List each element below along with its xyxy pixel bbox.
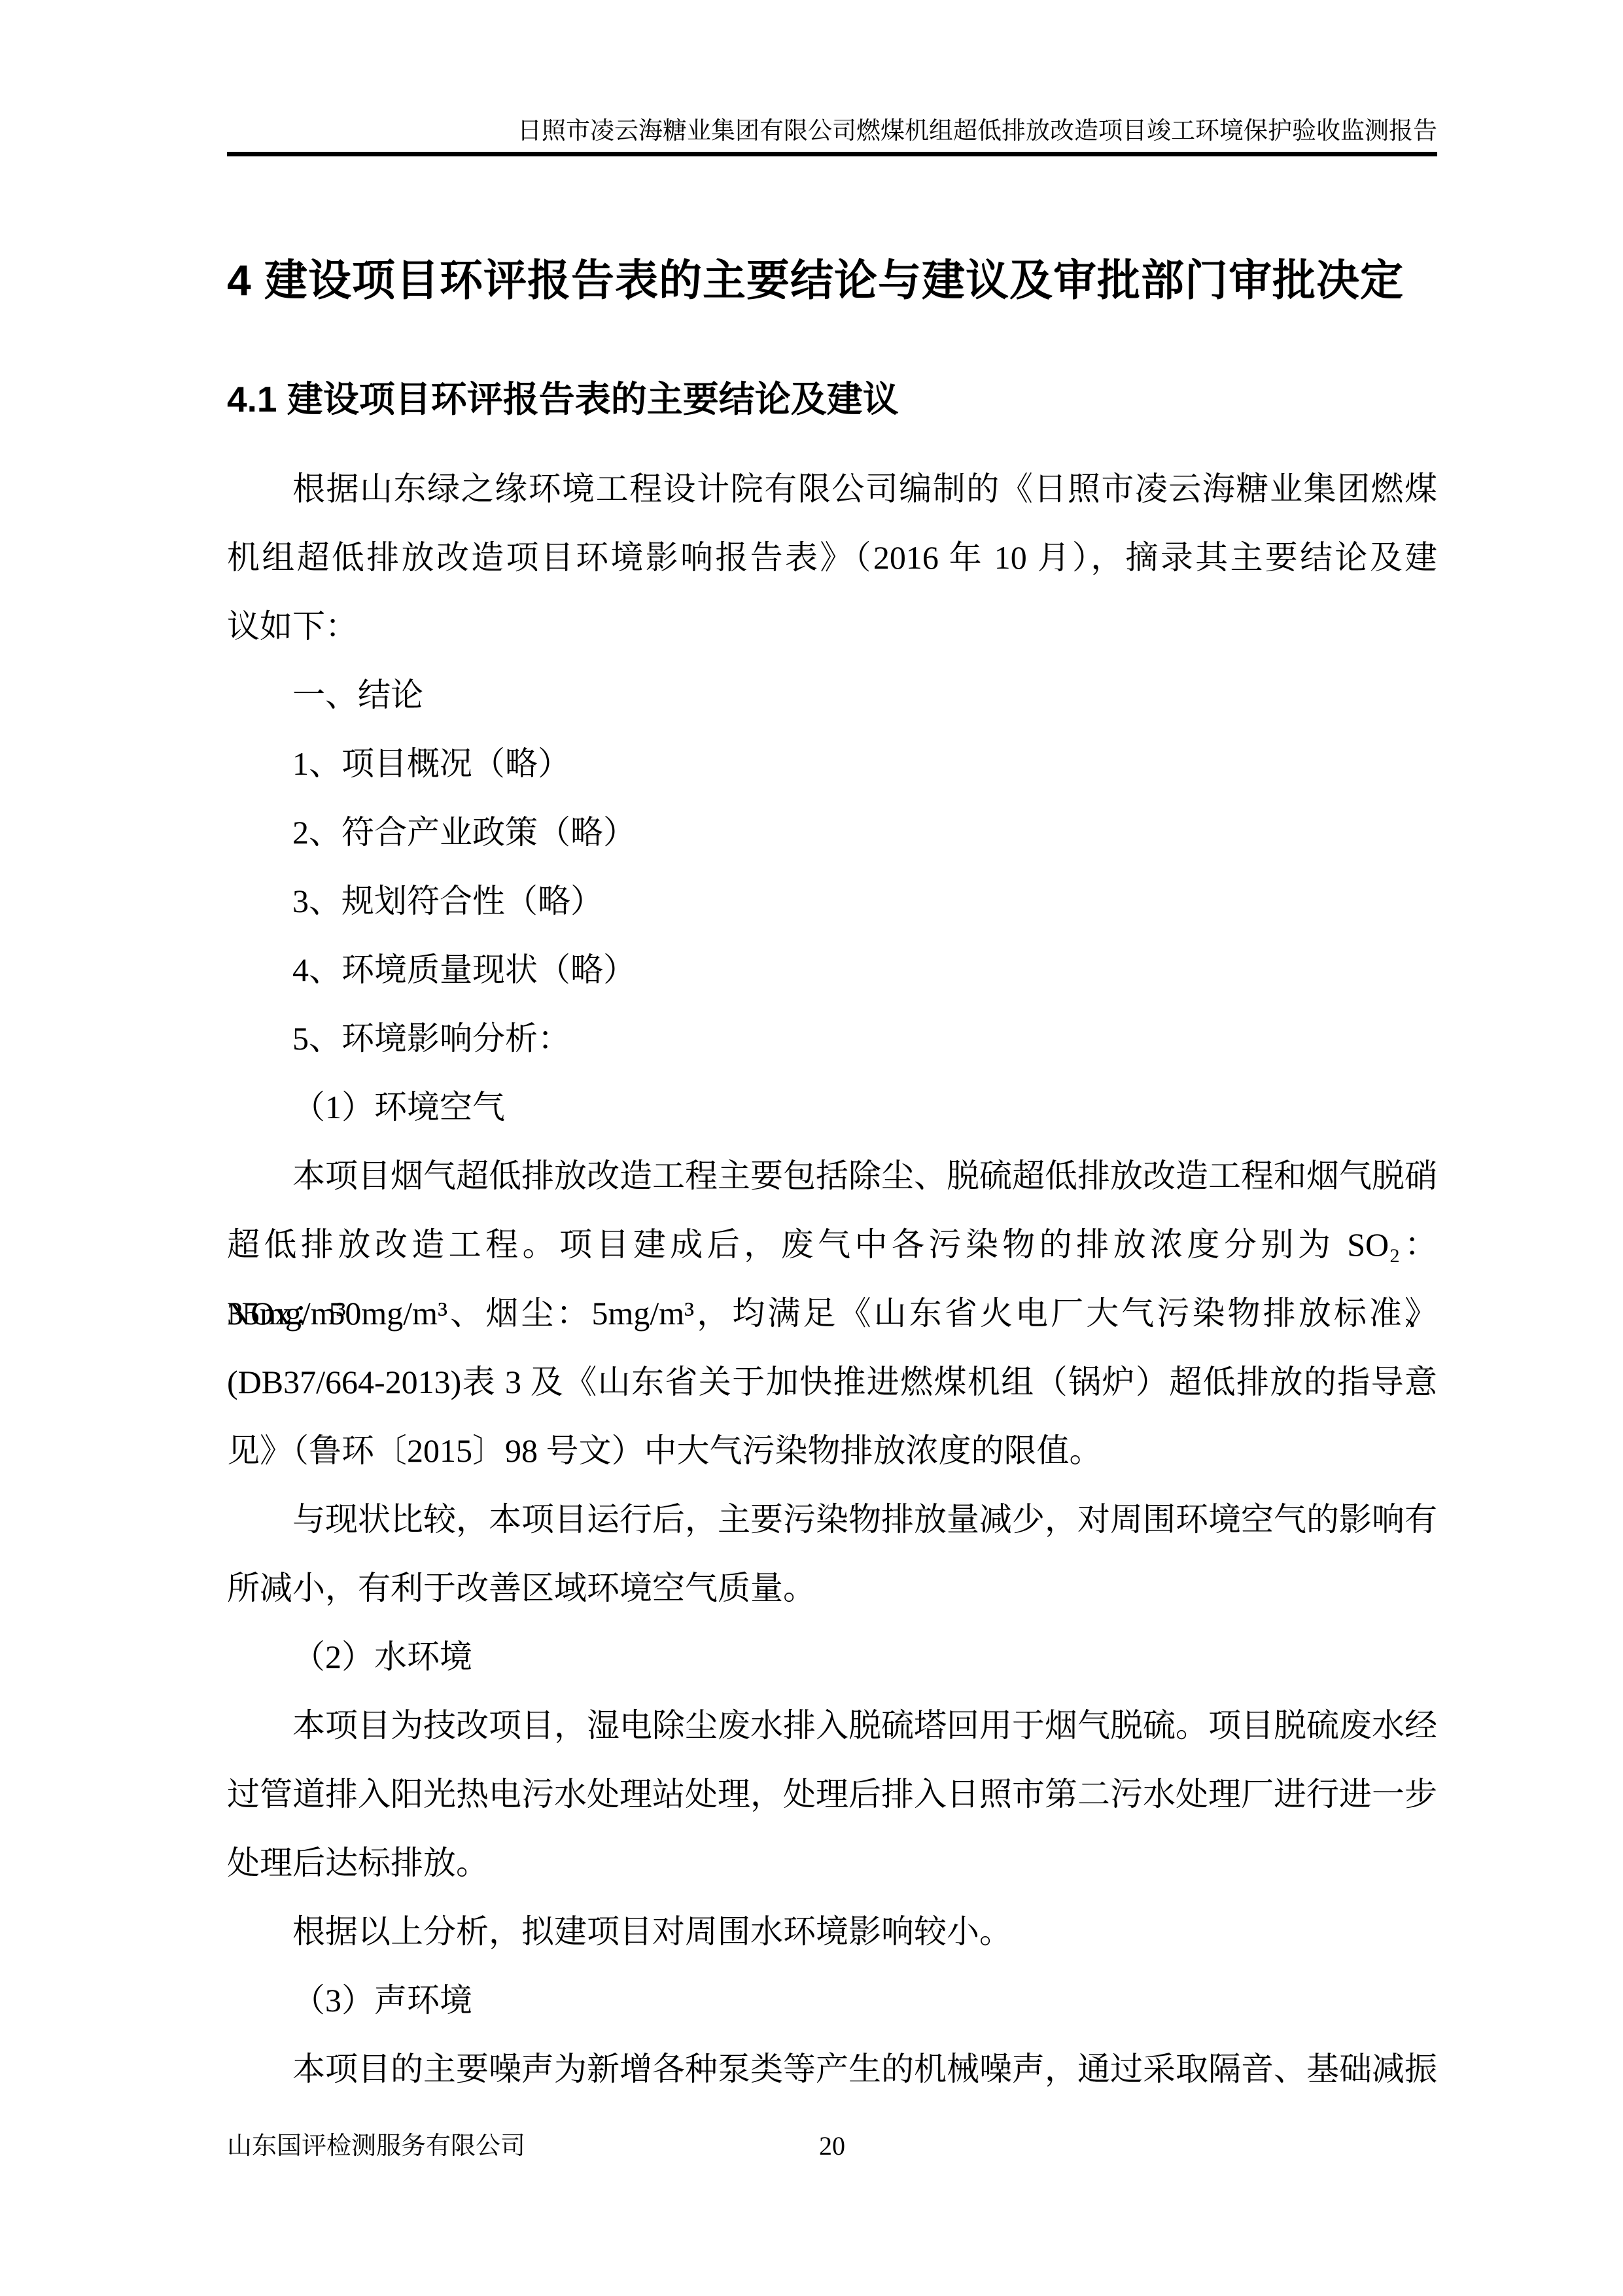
body-line: 2、符合产业政策（略） bbox=[227, 798, 1437, 867]
body-line: 4、环境质量现状（略） bbox=[227, 936, 1437, 1004]
body-line: 处理后达标排放。 bbox=[227, 1829, 1437, 1898]
body-line: (DB37/664-2013)表 3 及《山东省关于加快推进燃煤机组（锅炉）超低… bbox=[227, 1348, 1437, 1417]
body-line: （3）声环境 bbox=[227, 1966, 1437, 2035]
page-header-running-title: 日照市凌云海糖业集团有限公司燃煤机组超低排放改造项目竣工环境保护验收监测报告 bbox=[227, 113, 1437, 150]
body-line: 根据山东绿之缘环境工程设计院有限公司编制的《日照市凌云海糖业集团燃煤 bbox=[227, 455, 1437, 523]
body-line: 见》（鲁环〔2015〕98 号文）中大气污染物排放浓度的限值。 bbox=[227, 1417, 1437, 1485]
body-line: 本项目的主要噪声为新增各种泵类等产生的机械噪声，通过采取隔音、基础减振 bbox=[227, 2035, 1437, 2104]
body-line: 本项目烟气超低排放改造工程主要包括除尘、脱硫超低排放改造工程和烟气脱硝 bbox=[227, 1142, 1437, 1210]
body-line: 本项目为技改项目，湿电除尘废水排入脱硫塔回用于烟气脱硫。项目脱硫废水经 bbox=[227, 1691, 1437, 1760]
body-line: NOx：50mg/m³、烟尘：5mg/m³，均满足《山东省火电厂大气污染物排放标… bbox=[227, 1279, 1437, 1348]
body-line: 5、环境影响分析： bbox=[227, 1004, 1437, 1073]
body-line: 3、规划符合性（略） bbox=[227, 867, 1437, 936]
body-line: 1、项目概况（略） bbox=[227, 730, 1437, 798]
section-heading: 4.1 建设项目环评报告表的主要结论及建议 bbox=[227, 370, 1437, 428]
body-line: 超低排放改造工程。项目建成后，废气中各污染物的排放浓度分别为 SO₂：35mg/… bbox=[227, 1210, 1437, 1279]
body-line: 议如下： bbox=[227, 592, 1437, 661]
chapter-title: 4 建设项目环评报告表的主要结论与建议及审批部门审批决定 bbox=[227, 247, 1437, 313]
body-line: 根据以上分析，拟建项目对周围水环境影响较小。 bbox=[227, 1898, 1437, 1966]
footer-page-number: 20 bbox=[227, 2128, 1437, 2164]
header-rule bbox=[227, 152, 1437, 156]
body-line: （2）水环境 bbox=[227, 1623, 1437, 1691]
body-line: 与现状比较，本项目运行后，主要污染物排放量减少，对周围环境空气的影响有 bbox=[227, 1485, 1437, 1554]
body-line: 过管道排入阳光热电污水处理站处理，处理后排入日照市第二污水处理厂进行进一步 bbox=[227, 1760, 1437, 1829]
document-page: 日照市凌云海糖业集团有限公司燃煤机组超低排放改造项目竣工环境保护验收监测报告 4… bbox=[0, 0, 1623, 2296]
body-line: 一、结论 bbox=[227, 661, 1437, 730]
body-line: （1）环境空气 bbox=[227, 1073, 1437, 1142]
body-line: 机组超低排放改造项目环境影响报告表》（2016 年 10 月），摘录其主要结论及… bbox=[227, 523, 1437, 592]
body-line: 所减小，有利于改善区域环境空气质量。 bbox=[227, 1554, 1437, 1623]
